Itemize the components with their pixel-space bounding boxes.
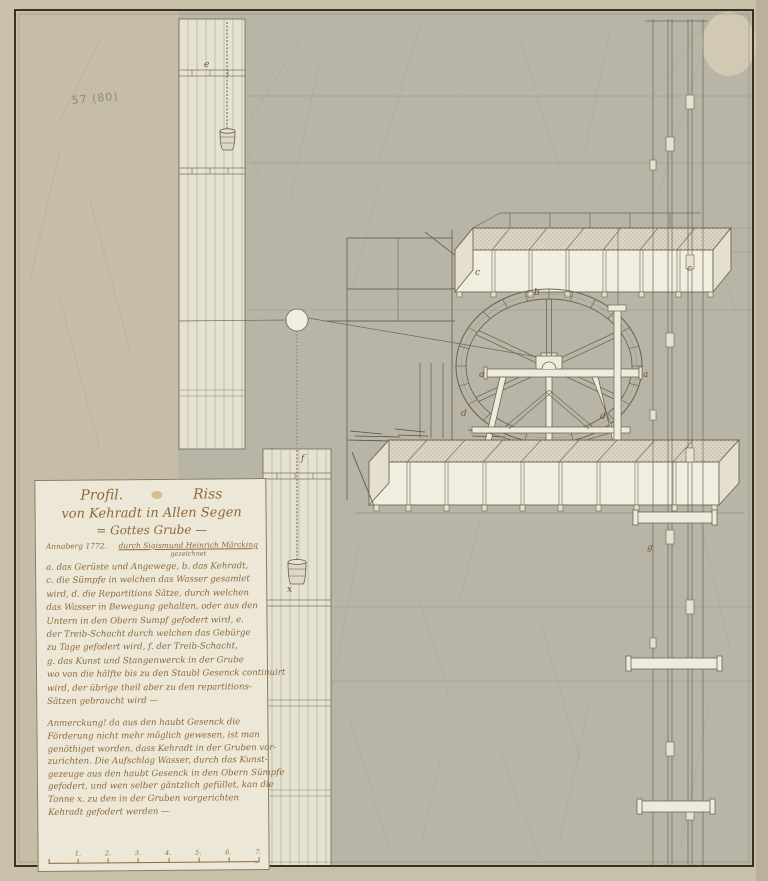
scale-tick: [49, 859, 50, 864]
legend-line: wo von die hälfte bis zu den Staubl Gese…: [47, 667, 259, 682]
lower-hoist-shaft: [263, 449, 331, 866]
legend-line: wird, der übrige theil aber zu den repar…: [47, 681, 259, 696]
scale-number: 4.: [165, 849, 171, 857]
label-upper-shaft: e: [204, 60, 209, 70]
author-credit: durch Sigismund Heinrich Märcking gezeic…: [119, 540, 258, 558]
scale-bar: 1. 2. 3. 4. 5. 6. 7.: [49, 848, 259, 866]
upper-hoist-shaft: [179, 19, 245, 449]
paper-damage-patch: [702, 12, 756, 76]
label-axle-right: a: [643, 370, 648, 380]
label-wheel-top: b: [534, 288, 540, 298]
title-word-riss: Riss: [193, 486, 223, 502]
scale-tick: [259, 857, 260, 862]
scale-number: 1.: [75, 850, 81, 858]
scale-number: 2.: [105, 849, 111, 857]
remark-line: Tonne x. zu den in der Gruben vorgericht…: [48, 792, 260, 806]
cartouche-title: Profil. Riss: [45, 486, 257, 504]
rope-pulley: [286, 309, 308, 331]
label-wheel-right: d: [600, 412, 606, 422]
scale-tick: [78, 859, 79, 864]
scale-number: 3.: [135, 849, 141, 857]
legend-line: Sätzen gebraucht wird —: [47, 694, 259, 709]
cartouche-subtitle-2: = Gottes Grube —: [46, 522, 258, 538]
scale-bar-line: [49, 861, 259, 864]
scale-number: 6.: [225, 848, 231, 856]
remark-line: Kehradt gefodert werden —: [48, 805, 260, 819]
place-date: Annaberg 1772.: [46, 541, 107, 551]
ink-blot: [151, 491, 162, 499]
label-barrel: x: [287, 585, 292, 595]
label-axle-left: a: [479, 370, 484, 380]
scale-number: 7.: [255, 848, 261, 856]
label-sump-right: c: [687, 264, 692, 274]
legend-text: a. das Gerüste und Angewege, b. das Kehr…: [46, 560, 259, 709]
label-rods: g: [647, 543, 653, 553]
title-word-profil: Profil.: [80, 487, 123, 503]
scanned-mining-profile-drawing: { "page": { "paper_color": "#c9c0a9", "w…: [0, 0, 768, 881]
remark-text: Anmerckung! da aus den haubt Gesenck die…: [47, 717, 260, 820]
author-sub: gezeichnet: [119, 549, 258, 558]
rod-guide-post: [614, 310, 621, 450]
legend-line: das Wasser in Bewegung gehalten, oder au…: [46, 600, 258, 615]
scale-tick: [198, 858, 199, 863]
label-wheel-left: d: [461, 409, 467, 419]
right-edge-shadow: [756, 0, 768, 881]
scale-tick: [168, 858, 169, 863]
scale-tick: [228, 857, 229, 862]
scale-tick: [108, 858, 109, 863]
cartouche-subtitle-1: von Kehradt in Allen Segen: [46, 505, 258, 522]
scale-number: 5.: [195, 849, 201, 857]
scale-tick: [138, 858, 139, 863]
title-cartouche: Profil. Riss von Kehradt in Allen Segen …: [34, 478, 269, 872]
label-sump-left: c: [475, 268, 480, 278]
hoist-barrel-lower: [288, 560, 306, 585]
hoist-barrel-upper: [220, 129, 235, 150]
